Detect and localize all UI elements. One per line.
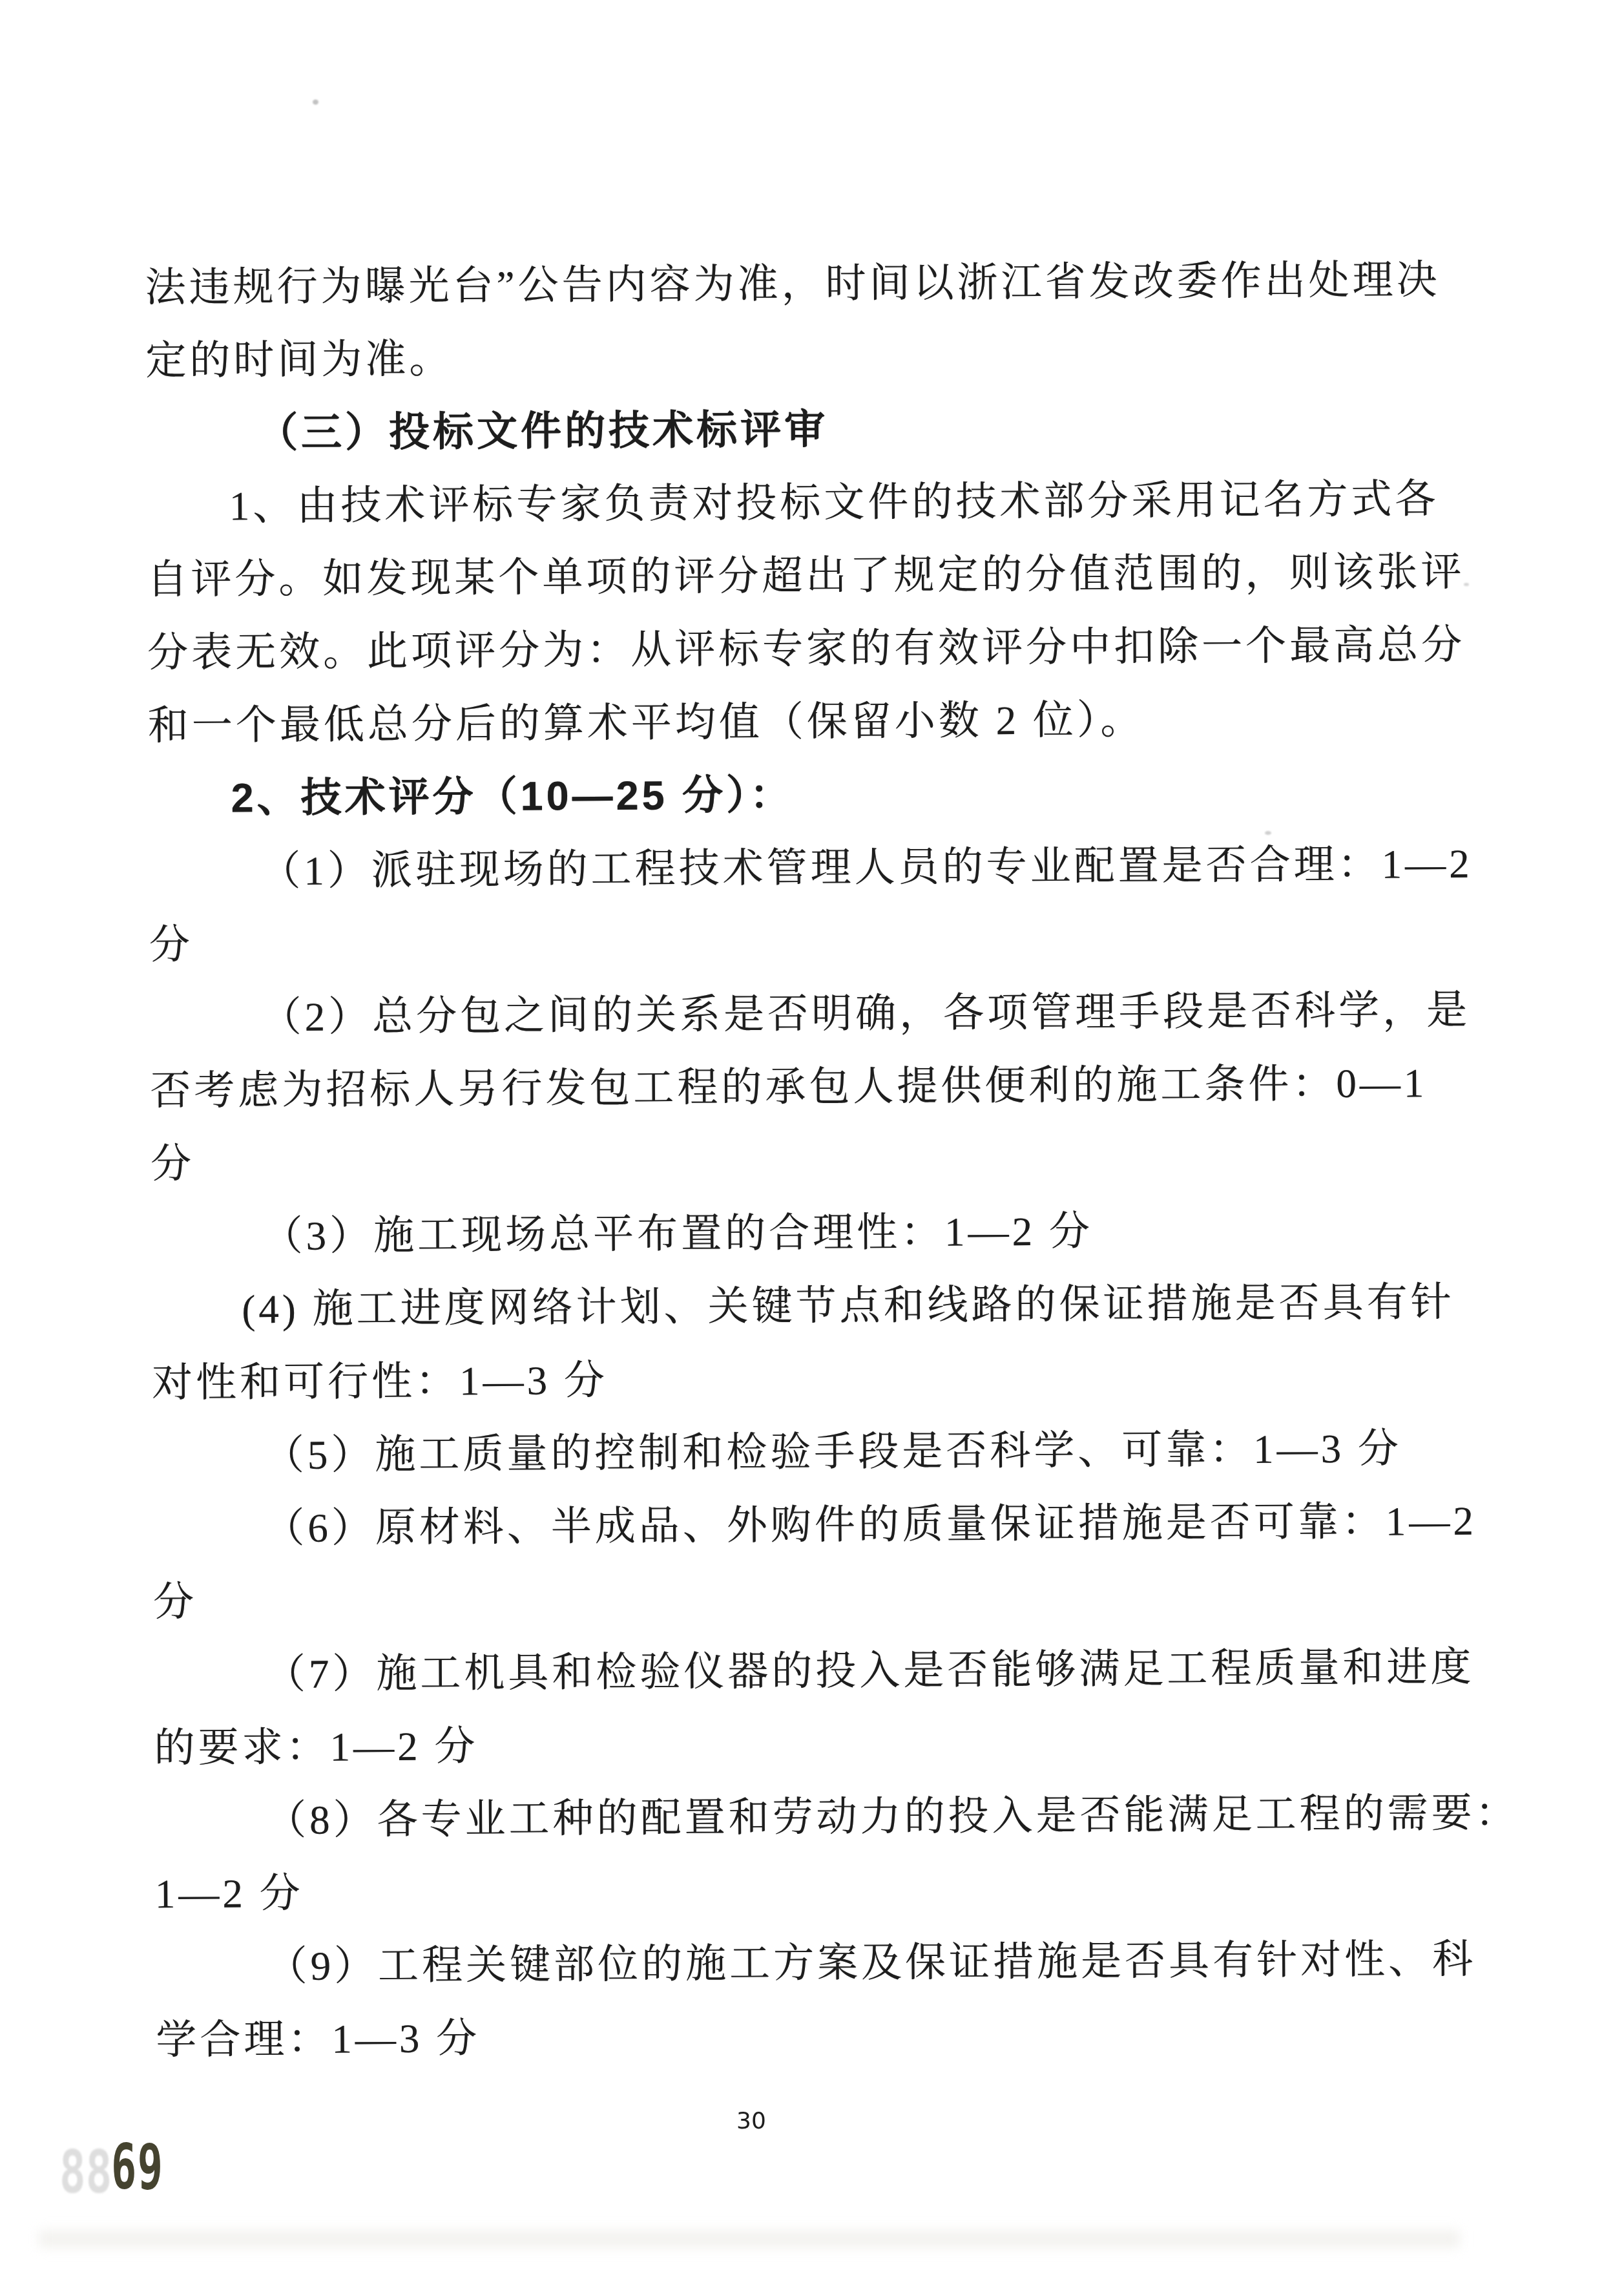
scanned-document-page: 法违规行为曝光台”公告内容为准，时间以浙江省发改委作出处理决 定的时间为准。 （… — [0, 0, 1624, 2281]
text-line: 对性和可行性：1—3 分 — [152, 1339, 1493, 1420]
text-line: （1）派驻现场的工程技术管理人员的专业配置是否合理：1—2 — [149, 828, 1490, 909]
text-line: （7）施工机具和检验仪器的投入是否能够满足工程质量和进度 — [154, 1631, 1495, 1712]
text-line: (4) 施工进度网络计划、关键节点和线路的保证措施是否具有针 — [151, 1266, 1492, 1347]
text-line: （5）施工质量的控制和检验手段是否科学、可靠：1—3 分 — [152, 1412, 1493, 1493]
folio-stamp: 69 — [111, 2136, 163, 2198]
text-line: 分 — [153, 1558, 1494, 1639]
text-line: 否考虑为招标人另行发包工程的承包人提供便利的施工条件：0—1 — [150, 1047, 1491, 1128]
text-line: 分 — [151, 1120, 1492, 1201]
text-line: 定的时间为准。 — [145, 317, 1486, 398]
scan-smudge — [39, 2231, 1460, 2247]
text-line: （3）施工现场总平布置的合理性：1—2 分 — [151, 1193, 1492, 1274]
folio-stamp-ghost: 88 — [59, 2144, 112, 2202]
text-line: 分表无效。此项评分为：从评标专家的有效评分中扣除一个最高总分 — [147, 609, 1488, 690]
section-heading: （三）投标文件的技术标评审 — [146, 390, 1487, 471]
text-line: 1—2 分 — [155, 1850, 1496, 1931]
text-line: 和一个最低总分后的算术平均值（保留小数 2 位）。 — [148, 682, 1489, 763]
text-line: 自评分。如发现某个单项的评分超出了规定的分值范围的，则该张评 — [147, 536, 1488, 617]
text-line: 的要求：1—2 分 — [154, 1704, 1495, 1785]
text-line: （9）工程关键部位的施工方案及保证措施是否具有针对性、科 — [155, 1923, 1496, 2004]
text-line: 1、由技术评标专家负责对投标文件的技术部分采用记名方式各 — [146, 463, 1487, 544]
text-line: 法违规行为曝光台”公告内容为准，时间以浙江省发改委作出处理决 — [145, 244, 1486, 325]
text-line: （6）原材料、半成品、外购件的质量保证措施是否可靠：1—2 — [152, 1485, 1494, 1566]
scan-speck — [1464, 583, 1469, 586]
text-line: （8）各专业工种的配置和劳动力的投入是否能满足工程的需要： — [154, 1777, 1495, 1858]
text-line: 分 — [149, 901, 1490, 982]
page-number: 30 — [736, 2108, 766, 2134]
text-line: 学合理：1—3 分 — [156, 1996, 1497, 2077]
scan-speck — [313, 100, 318, 105]
subsection-heading: 2、技术评分（10—25 分）： — [148, 755, 1489, 836]
scan-speck — [1265, 831, 1271, 835]
document-text-block: 法违规行为曝光台”公告内容为准，时间以浙江省发改委作出处理决 定的时间为准。 （… — [145, 244, 1496, 2077]
text-line: （2）总分包之间的关系是否明确，各项管理手段是否科学，是 — [149, 974, 1490, 1055]
